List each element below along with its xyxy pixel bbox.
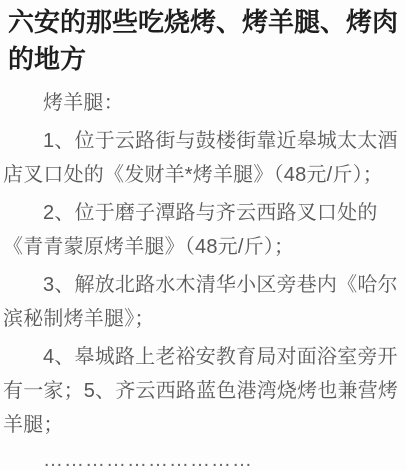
paragraph-item-4-5: 4、皋城路上老裕安教育局对面浴室旁开有一家；5、齐云西路蓝色港湾烧烤也兼营烤羊腿… — [3, 340, 404, 442]
paragraph-item-3: 3、解放北路水木清华小区旁巷内《哈尔滨秘制烤羊腿》； — [3, 268, 404, 336]
ellipsis-line: ………………………… — [3, 450, 404, 470]
paragraph-item-2: 2、位于磨子潭路与齐云西路叉口处的《青青蒙原烤羊腿》（48元/斤）； — [3, 196, 404, 264]
article-title: 六安的那些吃烧烤、烤羊腿、烤肉的地方 — [8, 4, 402, 78]
section-heading-lamb-leg: 烤羊腿： — [3, 86, 404, 120]
paragraph-item-1: 1、位于云路街与鼓楼街靠近皋城太太酒店叉口处的《发财羊*烤羊腿》（48元/斤）； — [3, 124, 404, 192]
article: 六安的那些吃烧烤、烤羊腿、烤肉的地方 烤羊腿： 1、位于云路街与鼓楼街靠近皋城太… — [0, 4, 406, 470]
